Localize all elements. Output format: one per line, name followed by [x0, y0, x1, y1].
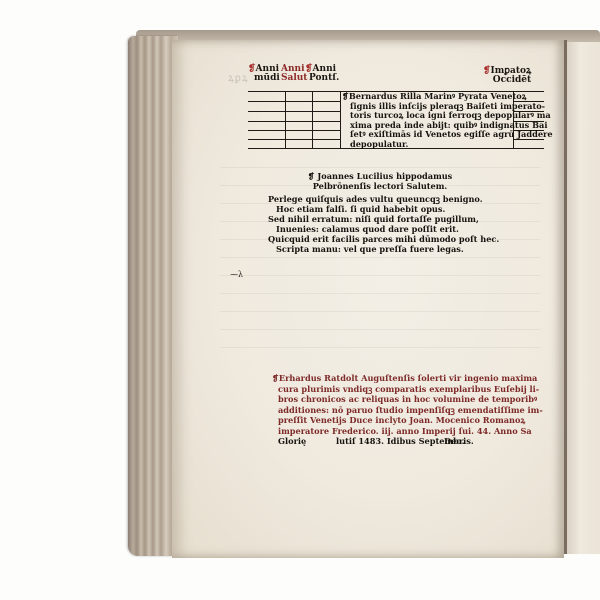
verse-line: Inuenies: calamus quod dare poſſit erit. — [268, 224, 499, 234]
rule — [248, 121, 340, 122]
colophon-final-line: Glorię lutiſ 1483. Idibus Septembris. De… — [272, 436, 543, 447]
colophon-deo: Deo. — [444, 436, 464, 447]
colophon-line: bros chronicos ac reliquas in hoc volumi… — [272, 394, 543, 405]
entry-line: depopulatur. — [342, 140, 509, 150]
colophon-gloria: Glorię — [278, 436, 306, 447]
verse-line: Quicquid erit facilis parces mihi dūmodo… — [268, 234, 499, 244]
margin-mark: ⁓λ — [230, 270, 243, 279]
column-rule — [340, 91, 341, 149]
header-anni-mundi: ❡Anni mūdi — [248, 65, 280, 83]
chronology-table: ❡Bernardus Rilla Marinꝰ Pyrata Venetoꝝ ſ… — [248, 91, 544, 149]
dedication-heading: ❡ Joannes Lucilius hippodamus Pelbrōnenſ… — [260, 171, 500, 191]
pilcrow-icon: ❡ — [483, 66, 491, 76]
table-entry-text: ❡Bernardus Rilla Marinꝰ Pyrata Venetoꝝ ſ… — [342, 92, 509, 149]
colophon: ❡Erhardus Ratdolt Auguſtenſis ſolerti vi… — [272, 373, 543, 447]
rule — [513, 139, 544, 140]
colophon-line: preſſit Venetijs Duce inclyto Joan. Moce… — [272, 415, 543, 426]
colophon-line: additiones: nō paruo ſtudio impenſiſqꝫ e… — [272, 405, 543, 416]
colophon-line: ❡Erhardus Ratdolt Auguſtenſis ſolerti vi… — [272, 373, 543, 384]
colophon-line: cura plurimis vndiqꝫ comparatis exemplar… — [272, 384, 543, 395]
header-imperatores-occidentis: ❡Imꝑatoꝝ Occidēt — [483, 67, 531, 85]
column-rule — [285, 91, 286, 149]
verse-line: Sed nihil erratum: niſi quid fortaſſe pu… — [268, 214, 499, 224]
faint-stamp: ꝝꝑꝝ — [228, 70, 249, 84]
verse-block: Perlege quiſquis ades vultu queuncqꝫ ben… — [268, 194, 499, 254]
column-rule — [312, 91, 313, 149]
rule — [248, 130, 340, 131]
verse-line: Hoc etiam falſi. ſi quid habebit opus. — [268, 204, 499, 214]
verse-line: Scripta manu: vel que preſſa fuere legas… — [268, 244, 499, 254]
facing-page-edge — [567, 42, 600, 554]
header-anni-salutis: Anni Salut — [281, 65, 307, 83]
rule — [248, 139, 340, 140]
rule — [248, 111, 340, 112]
rule — [248, 101, 340, 102]
heading-line: Pelbrōnenſis lectori Salutem. — [260, 181, 500, 191]
colophon-line: imperatore Frederico. iij. anno Imperij … — [272, 426, 543, 437]
heading-line: ❡ Joannes Lucilius hippodamus — [260, 171, 500, 181]
header-anni-pontificum: ❡Anni Pontſ. — [305, 65, 339, 83]
verse-line: Perlege quiſquis ades vultu queuncqꝫ ben… — [268, 194, 499, 204]
book-fore-edge — [128, 36, 178, 556]
